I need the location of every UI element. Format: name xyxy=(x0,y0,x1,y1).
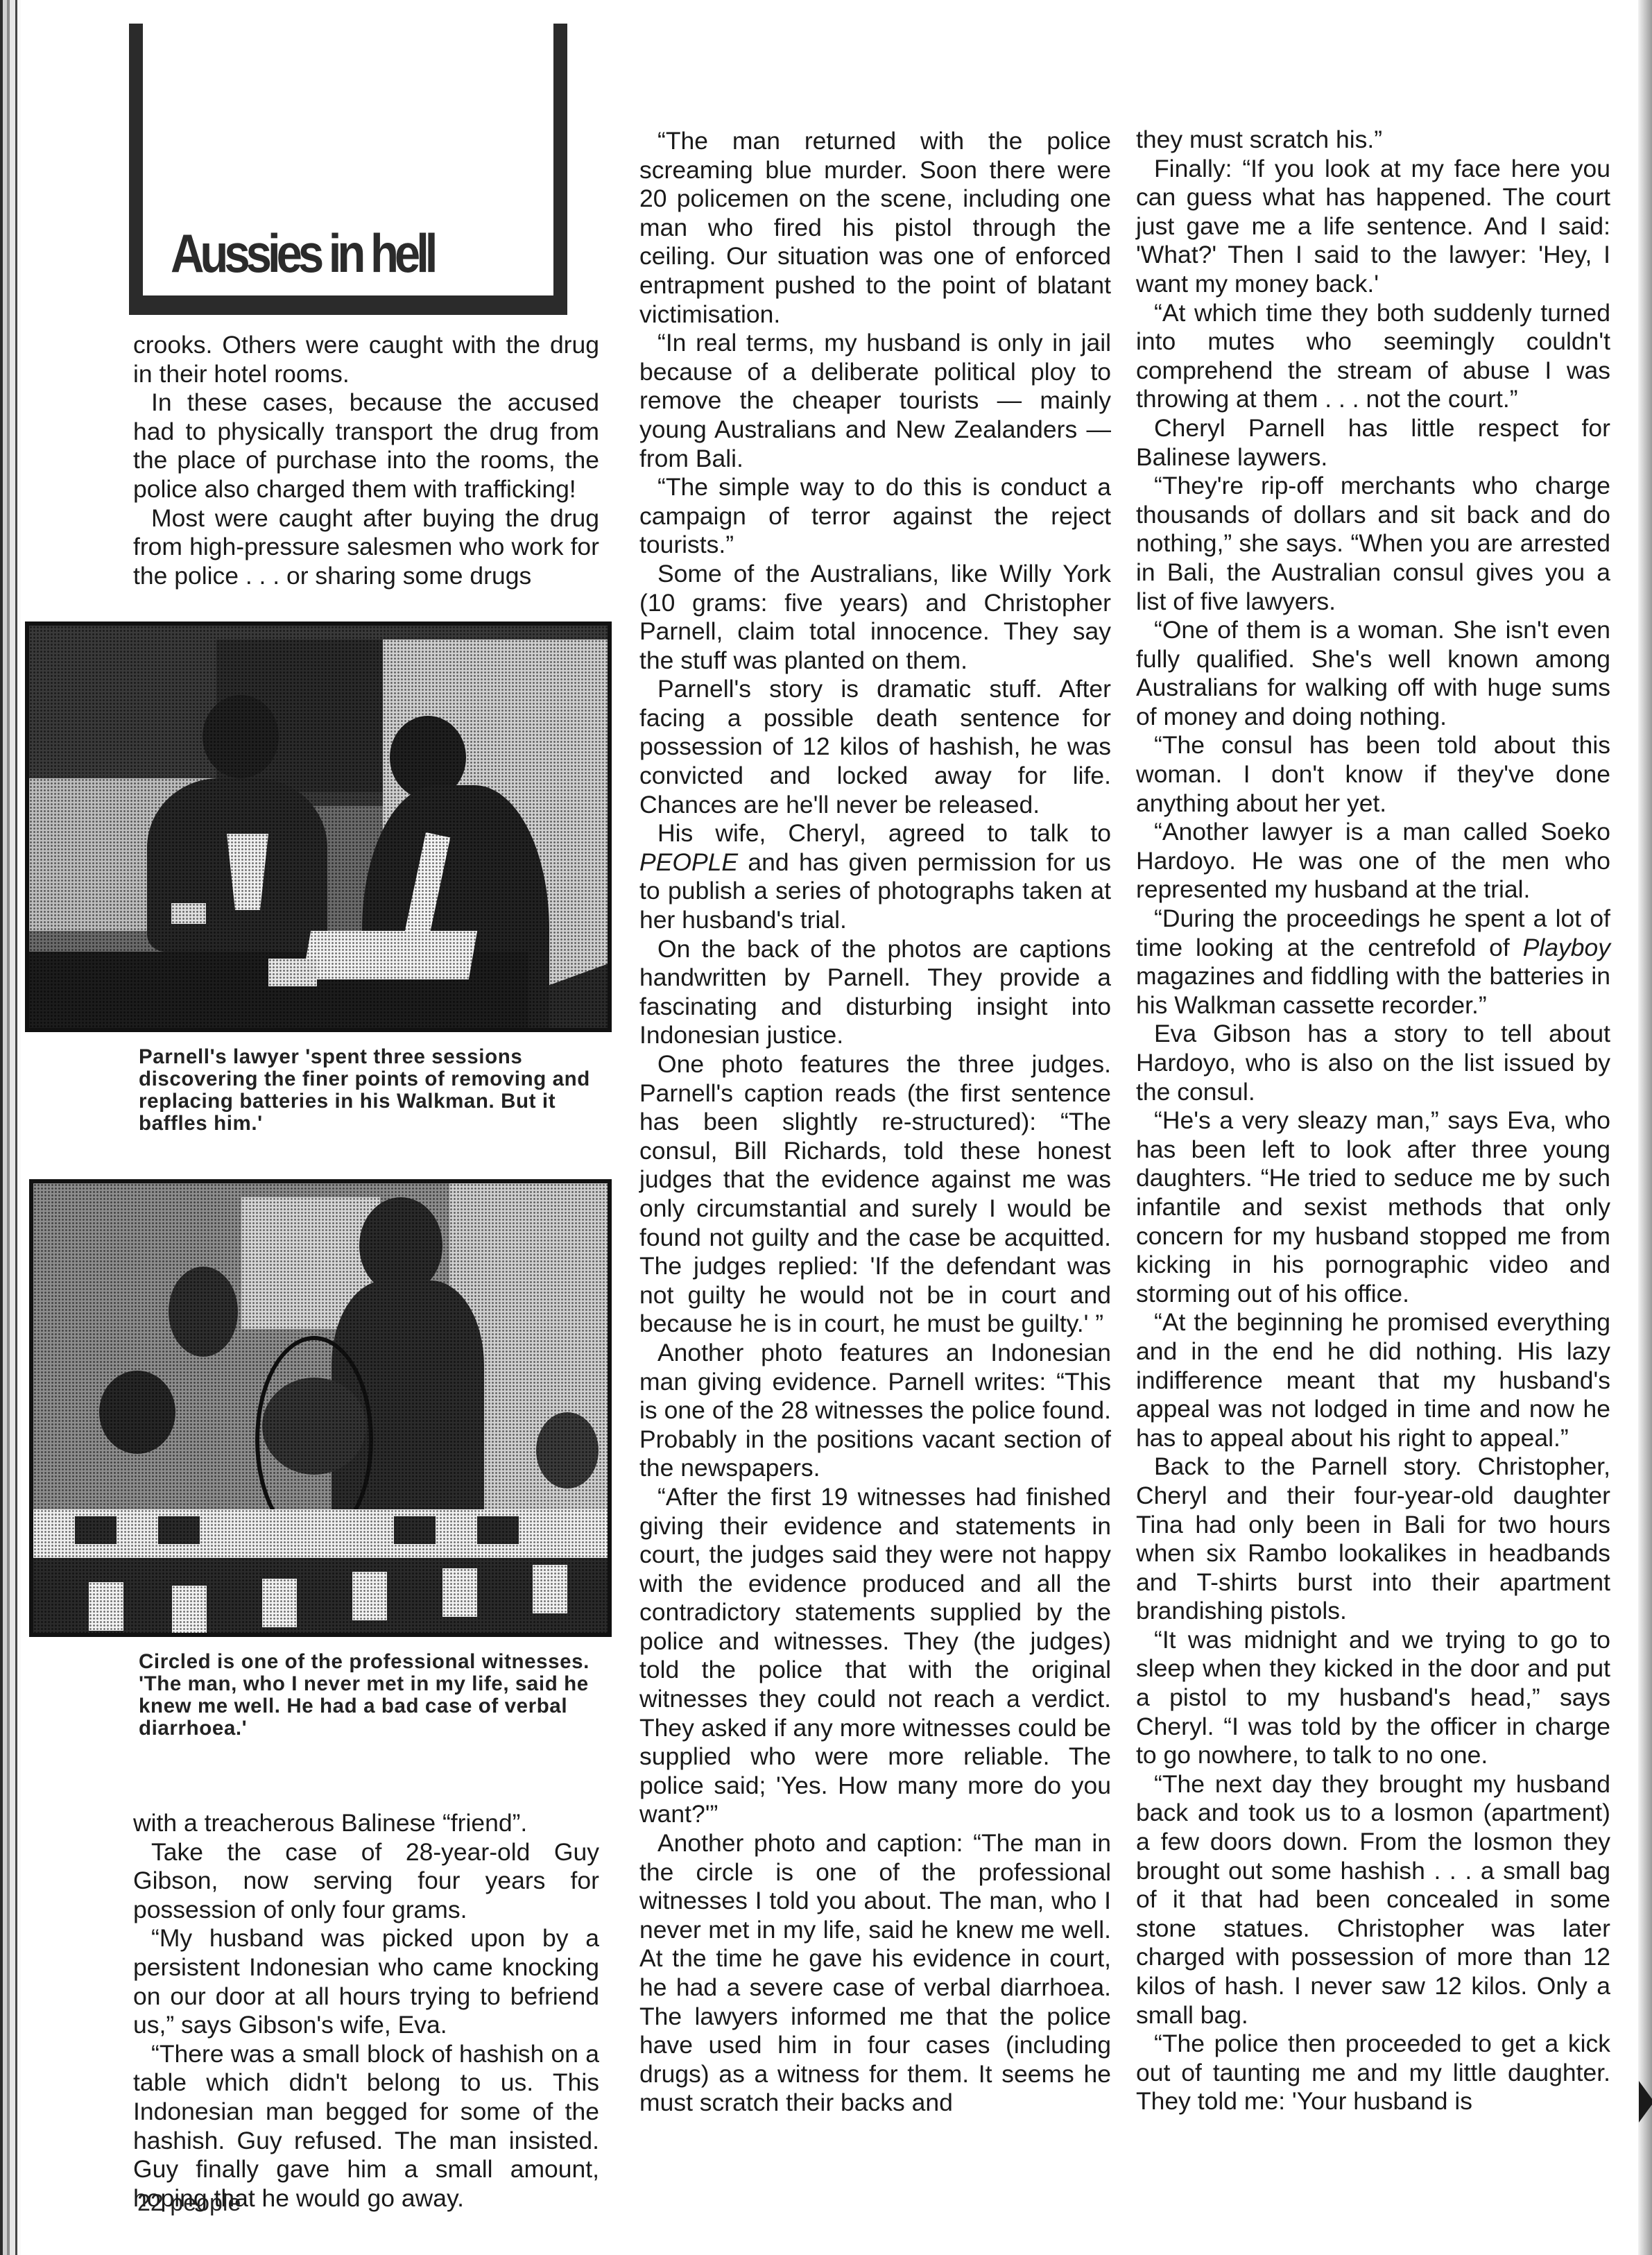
column-3: they must scratch his.” Finally: “If you… xyxy=(1136,126,1610,2116)
paragraph: “It was midnight and we trying to go to … xyxy=(1136,1626,1610,1770)
paragraph: Some of the Australians, like Willy York… xyxy=(639,560,1111,675)
column-1-bottom: with a treacherous Balinese “friend”. Ta… xyxy=(133,1809,599,2213)
paragraph: “After the first 19 witnesses had finish… xyxy=(639,1483,1111,1829)
paragraph: Another photo and caption: “The man in t… xyxy=(639,1829,1111,2118)
paragraph: “The simple way to do this is conduct a … xyxy=(639,473,1111,560)
paragraph: “They're rip-off merchants who charge th… xyxy=(1136,472,1610,616)
paragraph: Cheryl Parnell has little respect for Ba… xyxy=(1136,414,1610,472)
paragraph: crooks. Others were caught with the drug… xyxy=(133,331,599,388)
headline: Aussies in hell xyxy=(171,226,494,280)
photo-lawyers-at-table xyxy=(25,621,612,1032)
page-folio: 22 people xyxy=(137,2190,241,2217)
column-1-top: crooks. Others were caught with the drug… xyxy=(133,331,599,590)
binding-spine-edge xyxy=(0,0,21,2255)
paragraph: “During the proceedings he spent a lot o… xyxy=(1136,904,1610,1020)
column-2: “The man returned with the police scream… xyxy=(639,127,1111,2118)
magazine-name: Playboy xyxy=(1523,934,1610,961)
photo-caption-witness: Circled is one of the professional witne… xyxy=(139,1651,617,1740)
paragraph: “At the beginning he promised everything… xyxy=(1136,1308,1610,1452)
paragraph: with a treacherous Balinese “friend”. xyxy=(133,1809,599,1838)
headline-box: Aussies in hell xyxy=(129,24,567,315)
paragraph: Finally: “If you look at my face here yo… xyxy=(1136,155,1610,299)
paragraph: Most were caught after buying the drug f… xyxy=(133,504,599,591)
paragraph: Another photo features an Indonesian man… xyxy=(639,1339,1111,1483)
magazine-name: PEOPLE xyxy=(639,848,738,876)
paragraph: One photo features the three judges. Par… xyxy=(639,1050,1111,1339)
paragraph: Take the case of 28-year-old Guy Gibson,… xyxy=(133,1838,599,1925)
paragraph: In these cases, because the accused had … xyxy=(133,388,599,504)
paragraph: “He's a very sleazy man,” says Eva, who … xyxy=(1136,1106,1610,1308)
paragraph: “Another lawyer is a man called Soeko Ha… xyxy=(1136,818,1610,904)
photo-caption-lawyer: Parnell's lawyer 'spent three sessions d… xyxy=(139,1046,610,1135)
paragraph: “At which time they both suddenly turned… xyxy=(1136,299,1610,414)
paragraph: they must scratch his.” xyxy=(1136,126,1610,155)
continued-arrow-icon xyxy=(1639,2081,1652,2123)
paragraph: “The consul has been told about this wom… xyxy=(1136,731,1610,818)
paragraph: “The next day they brought my husband ba… xyxy=(1136,1770,1610,2030)
paragraph: “There was a small block of hashish on a… xyxy=(133,2040,599,2213)
paragraph: His wife, Cheryl, agreed to talk to PEOP… xyxy=(639,819,1111,934)
photo-courtroom-witnesses xyxy=(29,1179,612,1637)
paragraph: “The man returned with the police scream… xyxy=(639,127,1111,329)
paragraph: Eva Gibson has a story to tell about Har… xyxy=(1136,1020,1610,1106)
paragraph: “In real terms, my husband is only in ja… xyxy=(639,329,1111,473)
paragraph: Parnell's story is dramatic stuff. After… xyxy=(639,675,1111,819)
paragraph: On the back of the photos are captions h… xyxy=(639,935,1111,1050)
paragraph: “My husband was picked upon by a persist… xyxy=(133,1924,599,2039)
paragraph: “The police then proceeded to get a kick… xyxy=(1136,2030,1610,2116)
page-right-edge xyxy=(1638,0,1652,2255)
paragraph: Back to the Parnell story. Christopher, … xyxy=(1136,1452,1610,1626)
paragraph: “One of them is a woman. She isn't even … xyxy=(1136,616,1610,731)
